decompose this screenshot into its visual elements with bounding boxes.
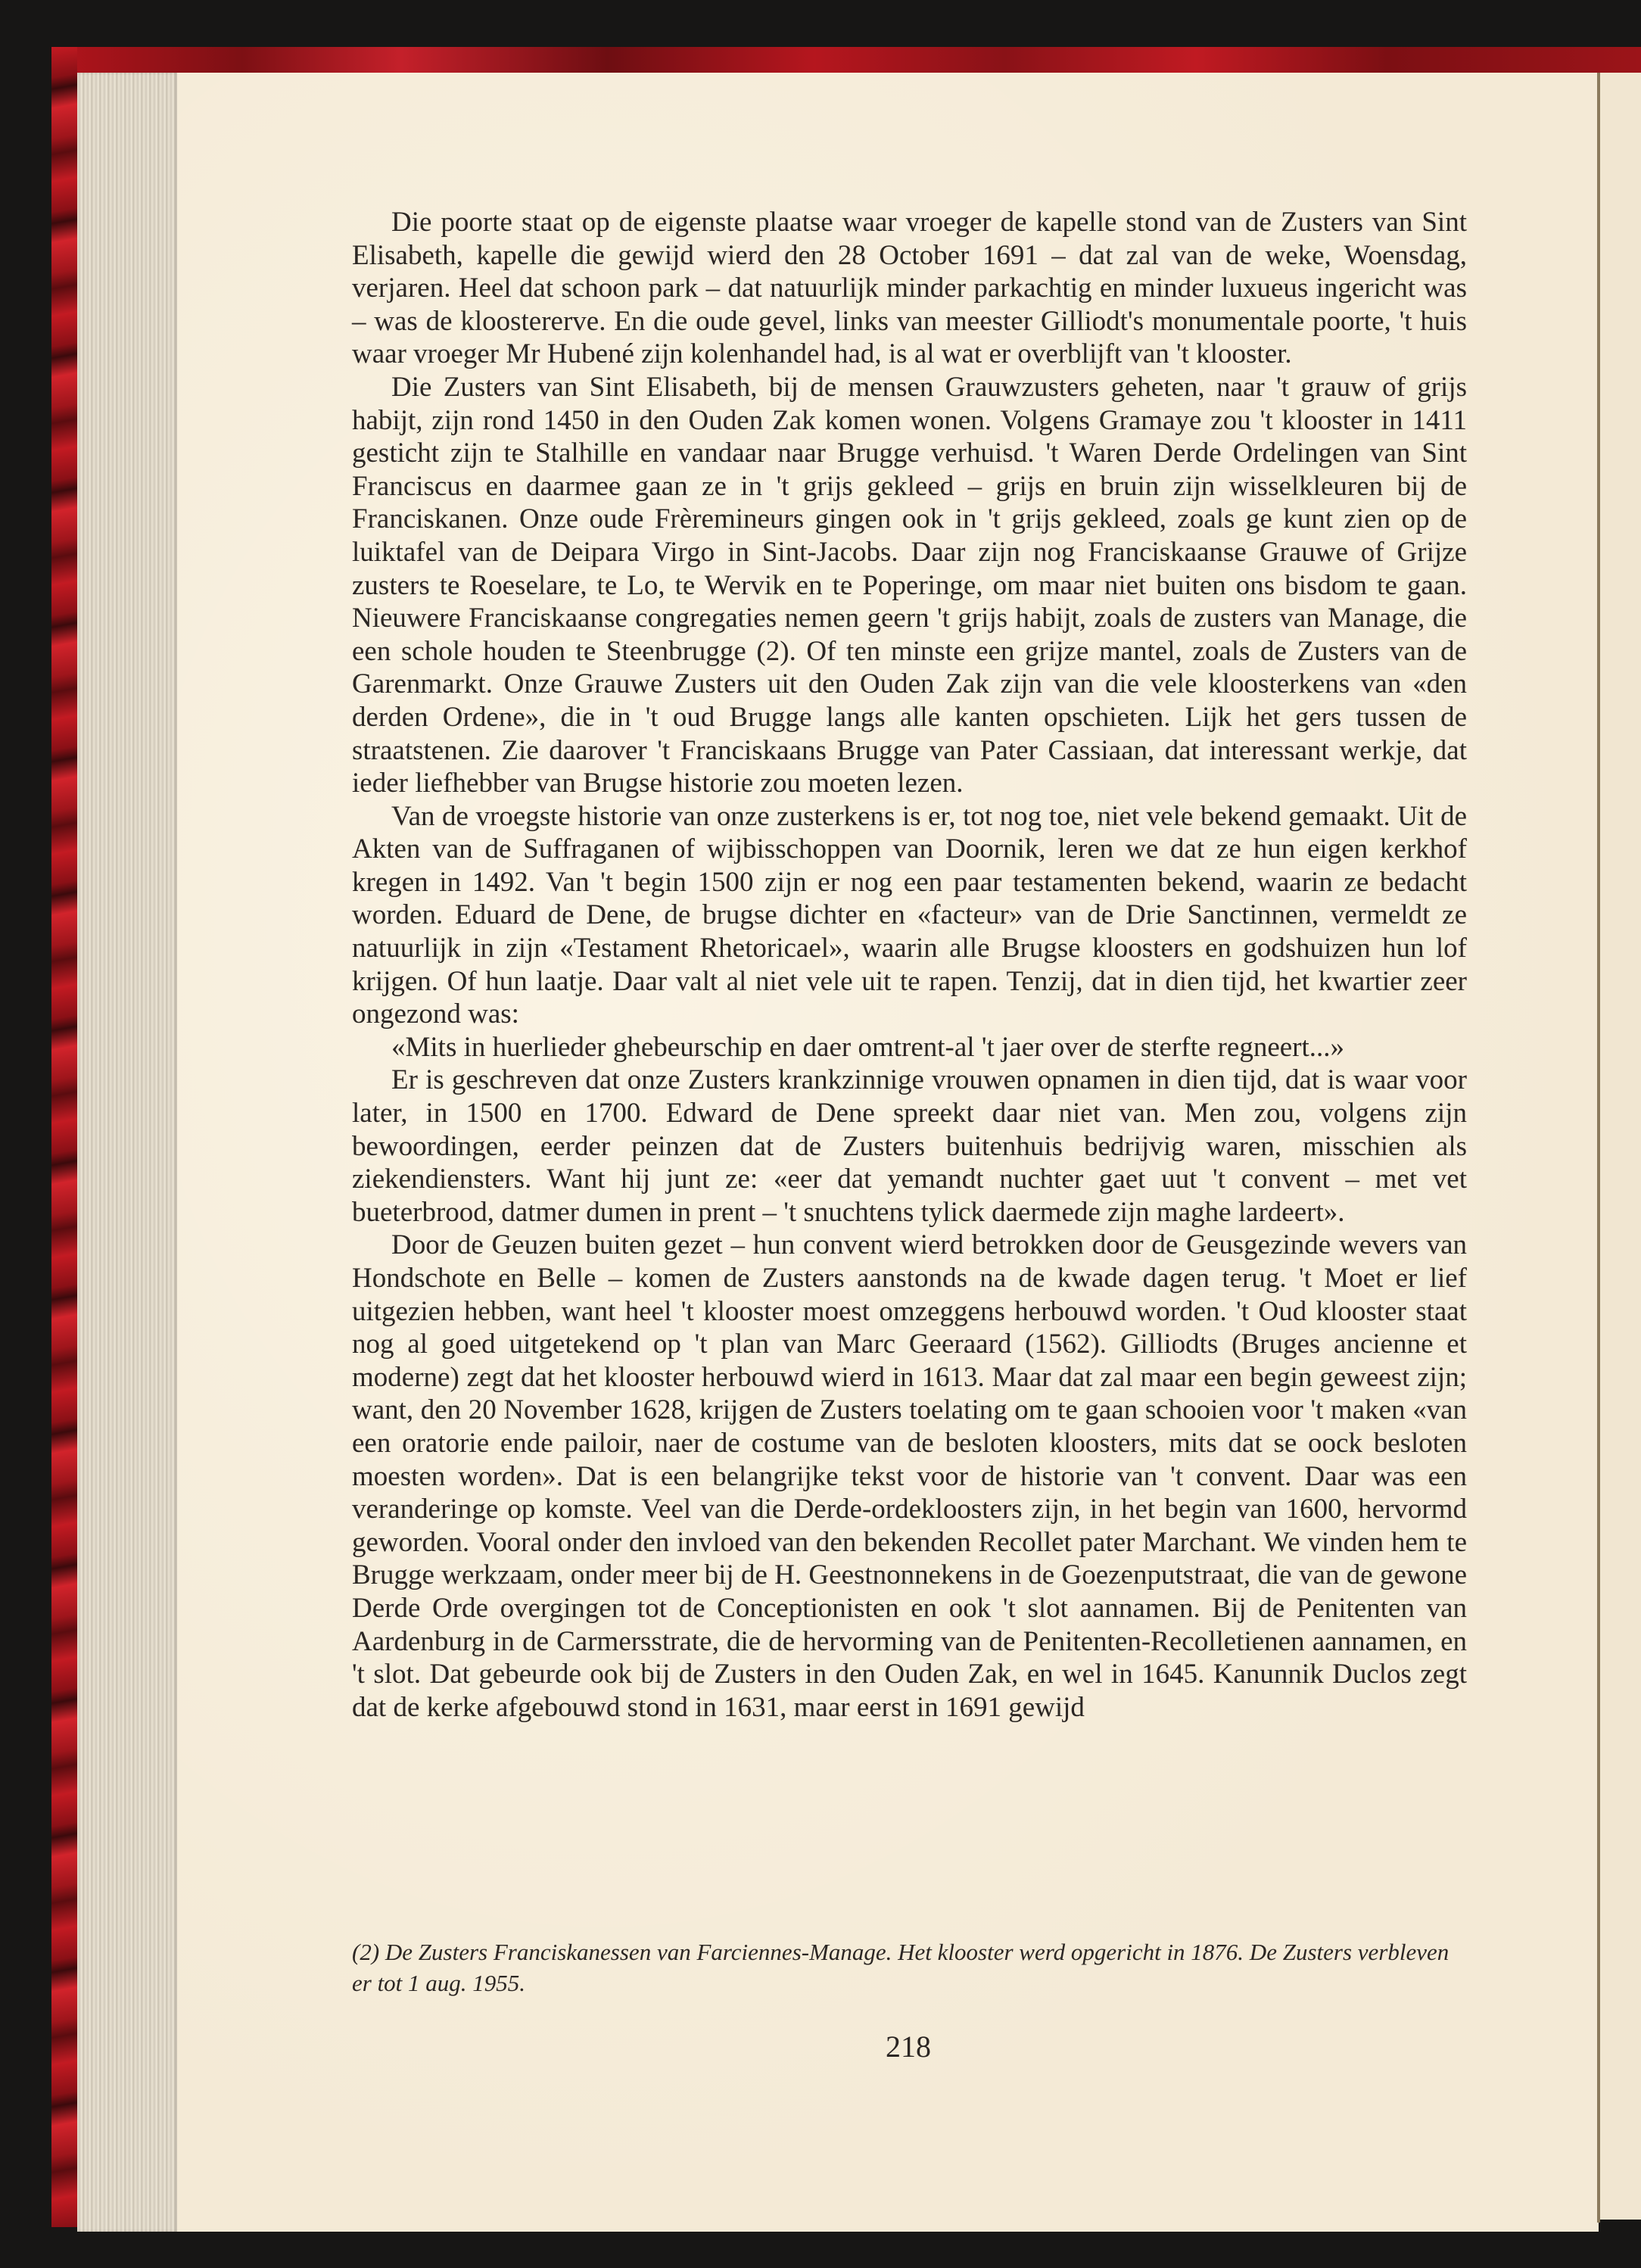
page-number: 218 <box>863 2029 954 2064</box>
paragraph: Er is geschreven dat onze Zusters krankz… <box>352 1064 1467 1229</box>
book-cover-left-edge <box>51 47 77 2227</box>
paragraph: Door de Geuzen buiten gezet – hun conven… <box>352 1229 1467 1724</box>
body-text: Die poorte staat op de eigenste plaatse … <box>352 206 1467 1724</box>
quotation: «Mits in huerlieder ghebeurschip en daer… <box>352 1031 1467 1064</box>
paragraph: Die poorte staat op de eigenste plaatse … <box>352 206 1467 371</box>
next-page-sliver <box>1600 73 1641 2220</box>
paragraph: Van de vroegste historie van onze zuster… <box>352 800 1467 1031</box>
page-edges-stack <box>77 73 177 2232</box>
paragraph: Die Zusters van Sint Elisabeth, bij de m… <box>352 371 1467 800</box>
book-cover-top-edge <box>51 47 1641 74</box>
footnote: (2) De Zusters Franciskanessen van Farci… <box>352 1936 1467 1999</box>
